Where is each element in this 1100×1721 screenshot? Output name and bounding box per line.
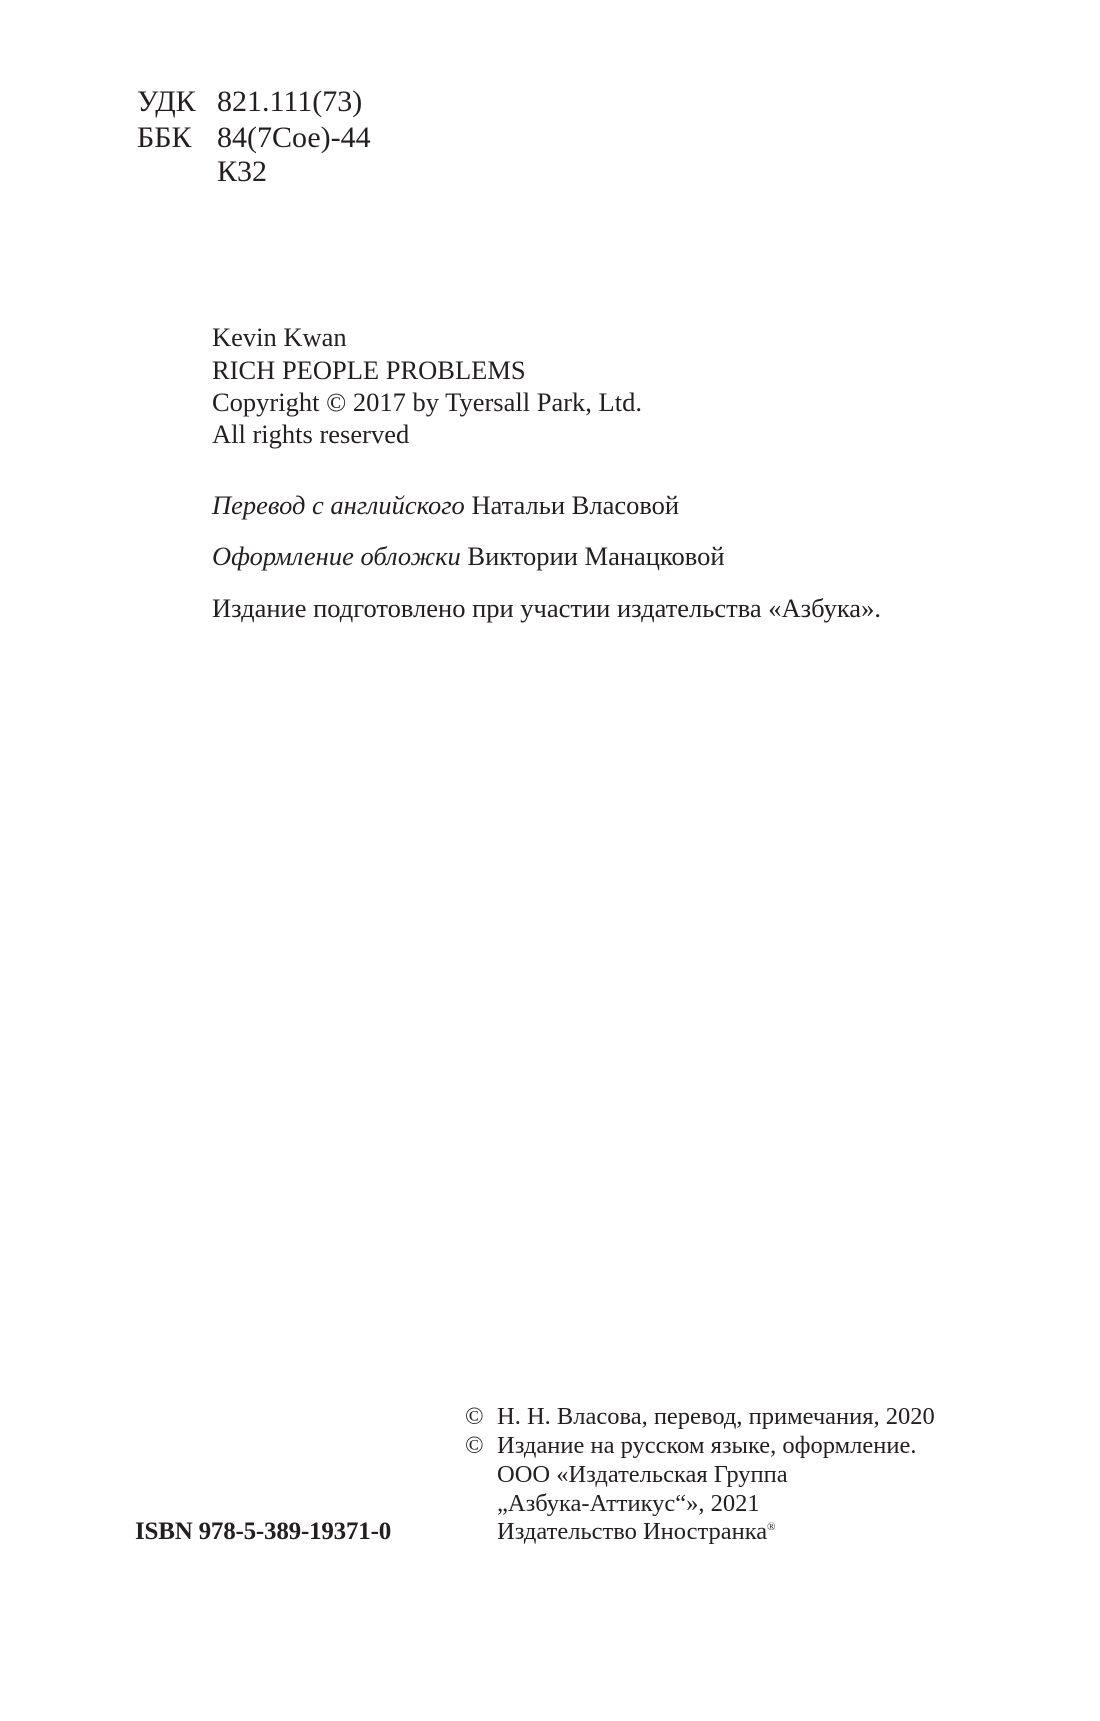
rights-reserved: All rights reserved — [212, 421, 409, 448]
publisher-name: Издательство Иностранка — [497, 1518, 767, 1545]
cover-label: Оформление обложки — [212, 541, 461, 571]
translation-copyright-text: Н. Н. Власова, перевод, примечания, 2020 — [497, 1405, 935, 1430]
cover-designer-name: Виктории Манацковой — [467, 541, 724, 571]
prepared-note: Издание подготовлено при участии издател… — [212, 595, 881, 622]
udk-value: 821.111(73) — [217, 87, 362, 117]
copyright-icon: © — [465, 1405, 484, 1430]
original-copyright: Copyright © 2017 by Tyersall Park, Ltd. — [212, 389, 642, 416]
author-mark: К32 — [217, 157, 267, 187]
translator-name: Натальи Власовой — [471, 490, 679, 520]
translation-label: Перевод с английского — [212, 490, 465, 520]
bbk-value: 84(7Сое)-44 — [217, 123, 371, 153]
cover-credit: Оформление обложки Виктории Манацковой — [212, 543, 725, 570]
udk-label: УДК — [137, 87, 196, 117]
copyright-icon: © — [465, 1434, 484, 1459]
edition-copyright-line3: „Азбука-Аттикус“», 2021 — [497, 1492, 760, 1517]
edition-copyright-line2: ООО «Издательская Группа — [497, 1463, 788, 1488]
author-name: Kevin Kwan — [212, 324, 347, 351]
original-title: RICH PEOPLE PROBLEMS — [212, 357, 526, 384]
publisher-imprint: Издательство Иностранка® — [497, 1520, 776, 1545]
edition-copyright-line1: Издание на русском языке, оформление. — [497, 1434, 917, 1459]
registered-mark-icon: ® — [767, 1521, 775, 1533]
isbn: ISBN 978-5-389-19371-0 — [135, 1519, 391, 1544]
translation-credit: Перевод с английского Натальи Власовой — [212, 492, 679, 519]
bbk-label: ББК — [137, 123, 191, 153]
copyright-notices: © Н. Н. Власова, перевод, примечания, 20… — [465, 1405, 1025, 1565]
